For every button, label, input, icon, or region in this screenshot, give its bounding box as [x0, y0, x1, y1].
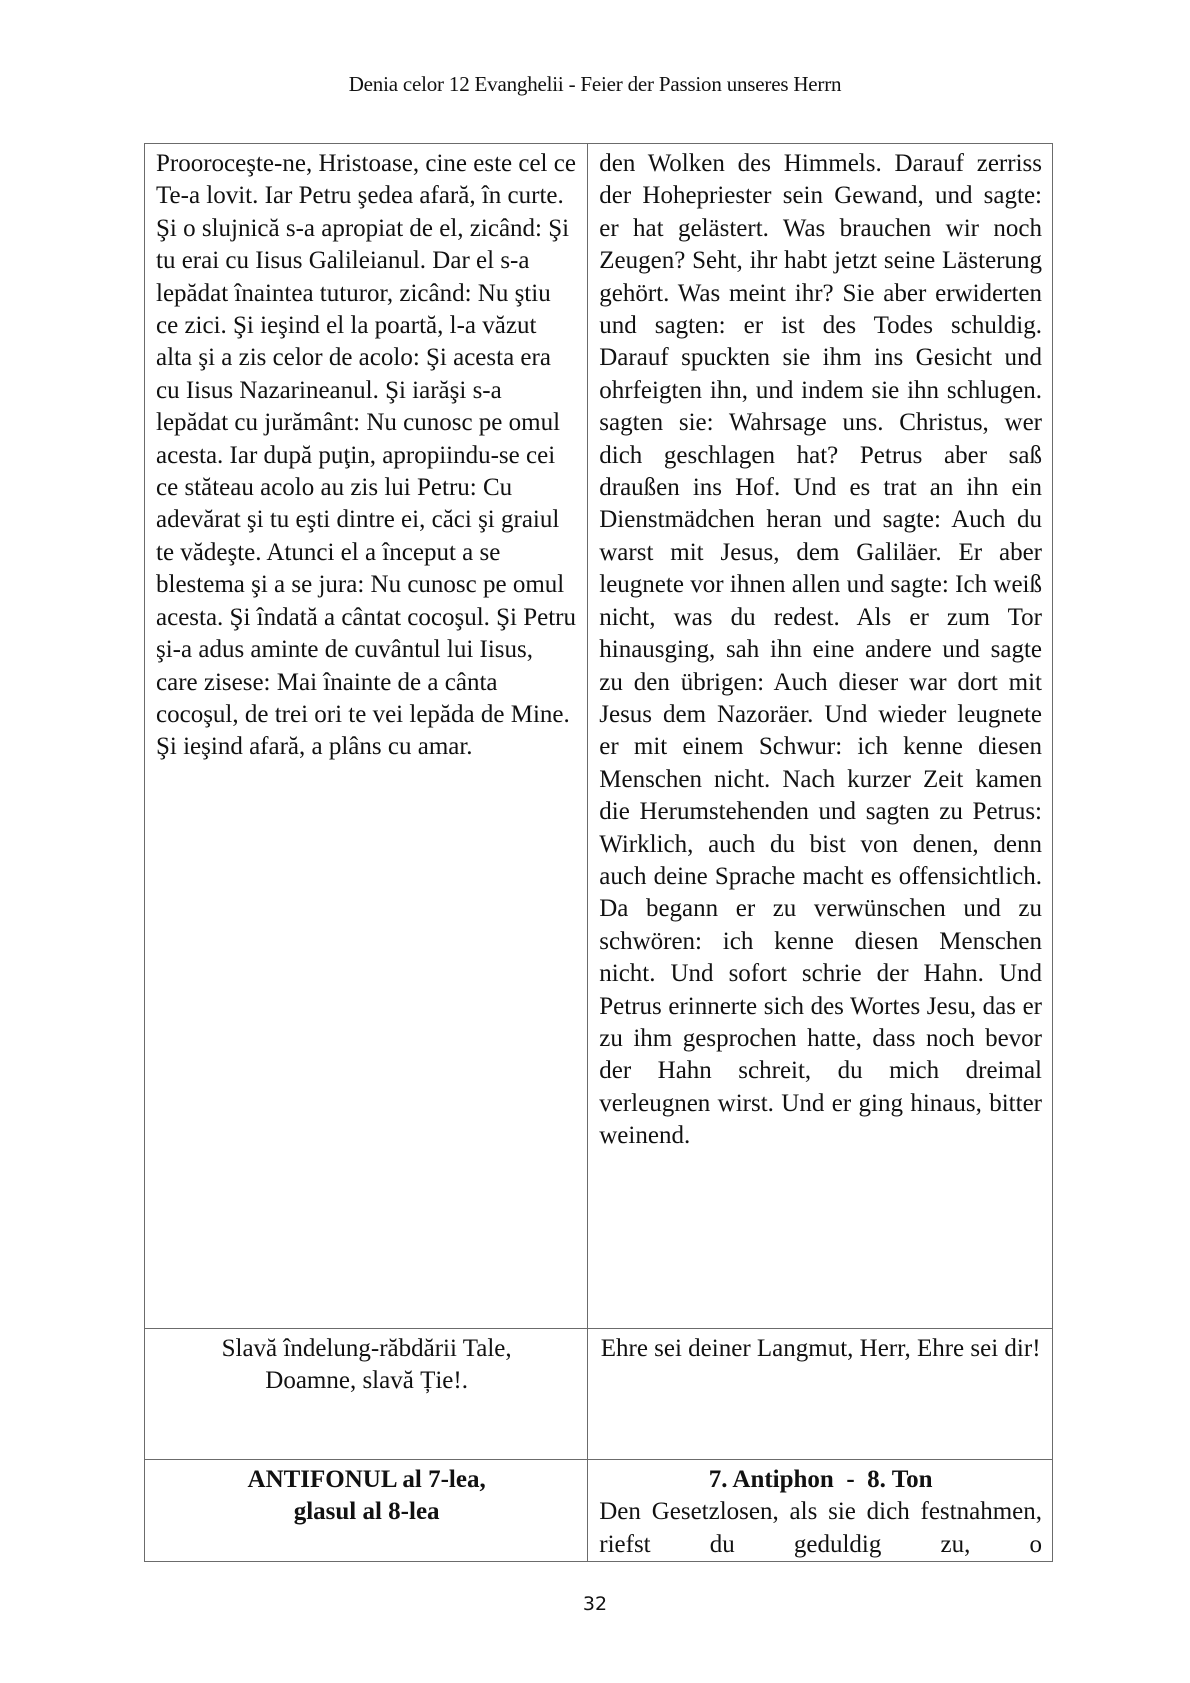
antiphon-row: ANTIFONUL al 7-lea, glasul al 8-lea 7. A… [145, 1460, 1053, 1562]
german-refrain-text: Ehre sei deiner Langmut, Herr, Ehre sei … [599, 1333, 1042, 1365]
german-reading-cell: den Wolken des Himmels. Darauf zerriss d… [588, 144, 1053, 1329]
romanian-antiphon-title-line-2: glasul al 8-lea [156, 1496, 577, 1528]
german-antiphon-title: 7. Antiphon - 8. Ton [599, 1464, 1042, 1496]
german-reading-text: den Wolken des Himmels. Darauf zerriss d… [599, 148, 1042, 1153]
page-number: 32 [0, 1593, 1190, 1615]
running-header: Denia celor 12 Evanghelii - Feier der Pa… [0, 72, 1190, 97]
romanian-refrain-line-2: Doamne, slavă Ție!. [156, 1365, 577, 1397]
german-antiphon-cell: 7. Antiphon - 8. Ton Den Gesetzlosen, al… [588, 1460, 1053, 1562]
romanian-refrain-cell: Slavă îndelung-răbdării Tale, Doamne, sl… [145, 1329, 588, 1460]
romanian-reading-text: Prooroceşte-ne, Hristoase, cine este cel… [156, 148, 577, 764]
german-refrain-cell: Ehre sei deiner Langmut, Herr, Ehre sei … [588, 1329, 1053, 1460]
romanian-antiphon-title-line-1: ANTIFONUL al 7-lea, [156, 1464, 577, 1496]
gospel-reading-row: Prooroceşte-ne, Hristoase, cine este cel… [145, 144, 1053, 1329]
romanian-refrain-line-1: Slavă îndelung-răbdării Tale, [156, 1333, 577, 1365]
parallel-text-table: Prooroceşte-ne, Hristoase, cine este cel… [144, 143, 1053, 1562]
romanian-antiphon-heading-cell: ANTIFONUL al 7-lea, glasul al 8-lea [145, 1460, 588, 1562]
german-antiphon-text: Den Gesetzlosen, als sie dich festnahmen… [599, 1496, 1042, 1561]
romanian-reading-cell: Prooroceşte-ne, Hristoase, cine este cel… [145, 144, 588, 1329]
refrain-row: Slavă îndelung-răbdării Tale, Doamne, sl… [145, 1329, 1053, 1460]
